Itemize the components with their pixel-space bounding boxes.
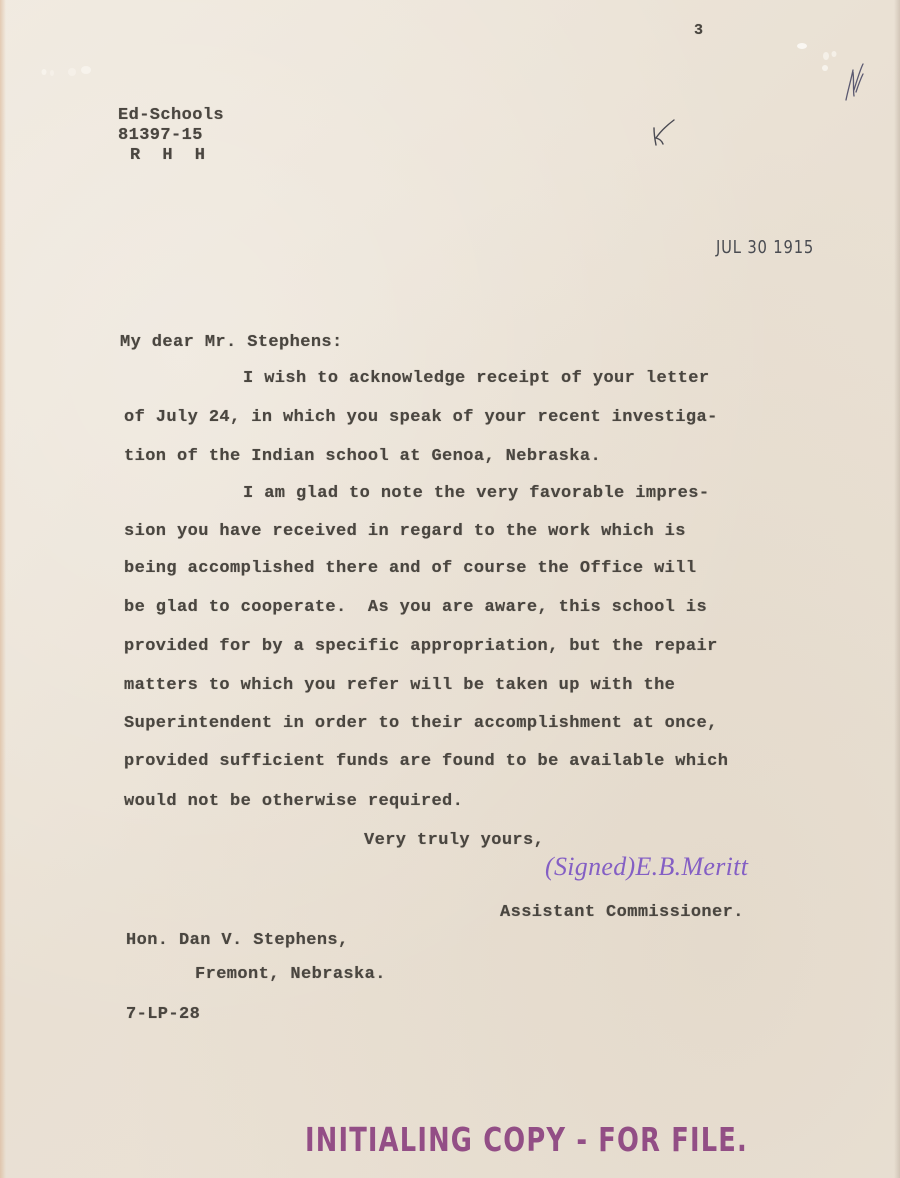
body-line: provided sufficient funds are found to b…	[124, 752, 728, 771]
body-line: being accomplished there and of course t…	[124, 559, 697, 578]
paper-perforation-marks	[38, 64, 98, 78]
reference-file-number: 81397-15	[118, 126, 203, 145]
check-mark-icon	[650, 118, 678, 148]
addressee-location: Fremont, Nebraska.	[195, 965, 386, 984]
paper-damage-marks	[792, 40, 842, 76]
body-line: I wish to acknowledge receipt of your le…	[243, 369, 709, 388]
reference-department: Ed-Schools	[118, 106, 224, 125]
signature-stamp: (Signed)E.B.Meritt	[545, 852, 748, 882]
body-line: I am glad to note the very favorable imp…	[243, 484, 709, 503]
signer-title: Assistant Commissioner.	[500, 903, 744, 922]
addressee-name: Hon. Dan V. Stephens,	[126, 931, 349, 950]
body-line: of July 24, in which you speak of your r…	[124, 408, 718, 427]
handwritten-initial-icon	[842, 60, 866, 104]
body-line: sion you have received in regard to the …	[124, 522, 686, 541]
body-line: be glad to cooperate. As you are aware, …	[124, 598, 707, 617]
body-line: provided for by a specific appropriation…	[124, 637, 718, 656]
body-line: matters to which you refer will be taken…	[124, 676, 675, 695]
salutation: My dear Mr. Stephens:	[120, 333, 343, 352]
page-number: 3	[694, 22, 703, 39]
reference-initials: R H H	[130, 146, 211, 165]
body-line: Superintendent in order to their accompl…	[124, 714, 718, 733]
date-received-stamp: JUL 30 1915	[716, 237, 814, 258]
closing: Very truly yours,	[364, 831, 544, 850]
body-line: would not be otherwise required.	[124, 792, 463, 811]
paper-edge-left	[0, 0, 6, 1178]
initialing-copy-stamp: INITIALING COPY - FOR FILE.	[305, 1120, 748, 1159]
body-line: tion of the Indian school at Genoa, Nebr…	[124, 447, 601, 466]
paper-edge-right	[894, 0, 900, 1178]
file-code: 7-LP-28	[126, 1005, 200, 1024]
